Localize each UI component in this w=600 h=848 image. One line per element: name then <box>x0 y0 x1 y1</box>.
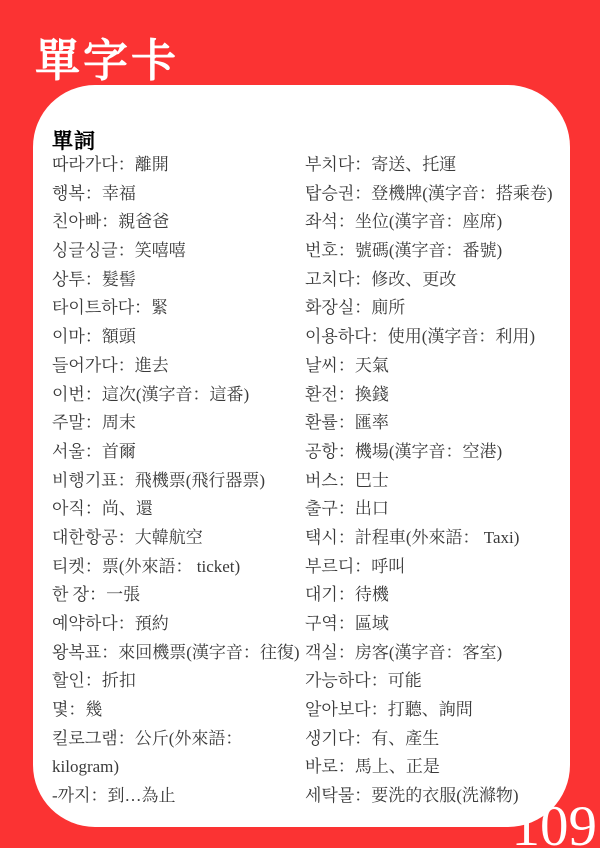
vocab-line: 대기：待機 <box>305 581 585 610</box>
vocab-line: 바로：馬上、正是 <box>305 753 585 782</box>
vocab-line: 이번：這次(漢字音：這番) <box>52 381 304 410</box>
vocab-line: 알아보다：打聽、詢問 <box>305 696 585 725</box>
vocab-line: -까지：到…為止 <box>52 782 304 811</box>
vocab-line: 할인：折扣 <box>52 667 304 696</box>
vocab-line: 주말：周末 <box>52 409 304 438</box>
vocab-line: 대한항공：大韓航空 <box>52 524 304 553</box>
vocab-line: 친아빠：親爸爸 <box>52 208 304 237</box>
vocab-line: 왕복표：來回機票(漢字音：往復) <box>52 639 304 668</box>
vocab-line: 택시：計程車(外來語： Taxi) <box>305 524 585 553</box>
vocab-line: 탑승권：登機牌(漢字音：搭乘卷) <box>305 180 585 209</box>
vocab-line: 이용하다：使用(漢字音：利用) <box>305 323 585 352</box>
vocab-line: 상투：髮髻 <box>52 266 304 295</box>
vocab-line: 아직：尚、還 <box>52 495 304 524</box>
vocab-line: 부르디：呼叫 <box>305 553 585 582</box>
vocab-line: 공항：機場(漢字音：空港) <box>305 438 585 467</box>
vocab-line: 서울：首爾 <box>52 438 304 467</box>
vocab-line: 이마：額頭 <box>52 323 304 352</box>
vocab-line: 타이트하다：緊 <box>52 294 304 323</box>
vocab-card: 單詞 따라가다：離開 행복：幸福 친아빠：親爸爸 싱글싱글：笑嘻嘻 상투：髮髻 … <box>33 85 570 827</box>
vocab-line: 따라가다：離開 <box>52 151 304 180</box>
vocab-line: 날씨：天氣 <box>305 352 585 381</box>
vocab-line: 환전：換錢 <box>305 381 585 410</box>
vocab-line: 번호：號碼(漢字音：番號) <box>305 237 585 266</box>
page-title: 單字卡 <box>35 24 179 89</box>
vocab-line: 출구：出口 <box>305 495 585 524</box>
page-number: 109 <box>512 798 598 848</box>
vocab-line: 행복：幸福 <box>52 180 304 209</box>
vocab-line: 들어가다：進去 <box>52 352 304 381</box>
vocab-line: 싱글싱글：笑嘻嘻 <box>52 237 304 266</box>
vocab-line: 가능하다：可能 <box>305 667 585 696</box>
vocab-line: 예약하다：預約 <box>52 610 304 639</box>
vocab-line: kilogram) <box>52 753 304 782</box>
vocab-line: 객실：房客(漢字音：客室) <box>305 639 585 668</box>
vocab-column-left: 따라가다：離開 행복：幸福 친아빠：親爸爸 싱글싱글：笑嘻嘻 상투：髮髻 타이트… <box>52 151 304 811</box>
vocab-line: 몇：幾 <box>52 696 304 725</box>
vocab-line: 비행기표：飛機票(飛行器票) <box>52 467 304 496</box>
vocab-line: 킬로그램：公斤(外來語： <box>52 725 304 754</box>
vocab-line: 구역：區域 <box>305 610 585 639</box>
vocab-line: 환률：匯率 <box>305 409 585 438</box>
vocab-line: 버스：巴士 <box>305 467 585 496</box>
vocab-line: 부치다：寄送、托運 <box>305 151 585 180</box>
vocab-line: 화장실：廁所 <box>305 294 585 323</box>
vocab-line: 생기다：有、產生 <box>305 725 585 754</box>
vocab-column-right: 부치다：寄送、托運 탑승권：登機牌(漢字音：搭乘卷) 좌석：坐位(漢字音：座席)… <box>305 151 585 811</box>
vocab-line: 좌석：坐位(漢字音：座席) <box>305 208 585 237</box>
vocab-line: 한 장：一張 <box>52 581 304 610</box>
vocab-line: 고치다：修改、更改 <box>305 266 585 295</box>
vocab-line: 티켓：票(外來語： ticket) <box>52 553 304 582</box>
